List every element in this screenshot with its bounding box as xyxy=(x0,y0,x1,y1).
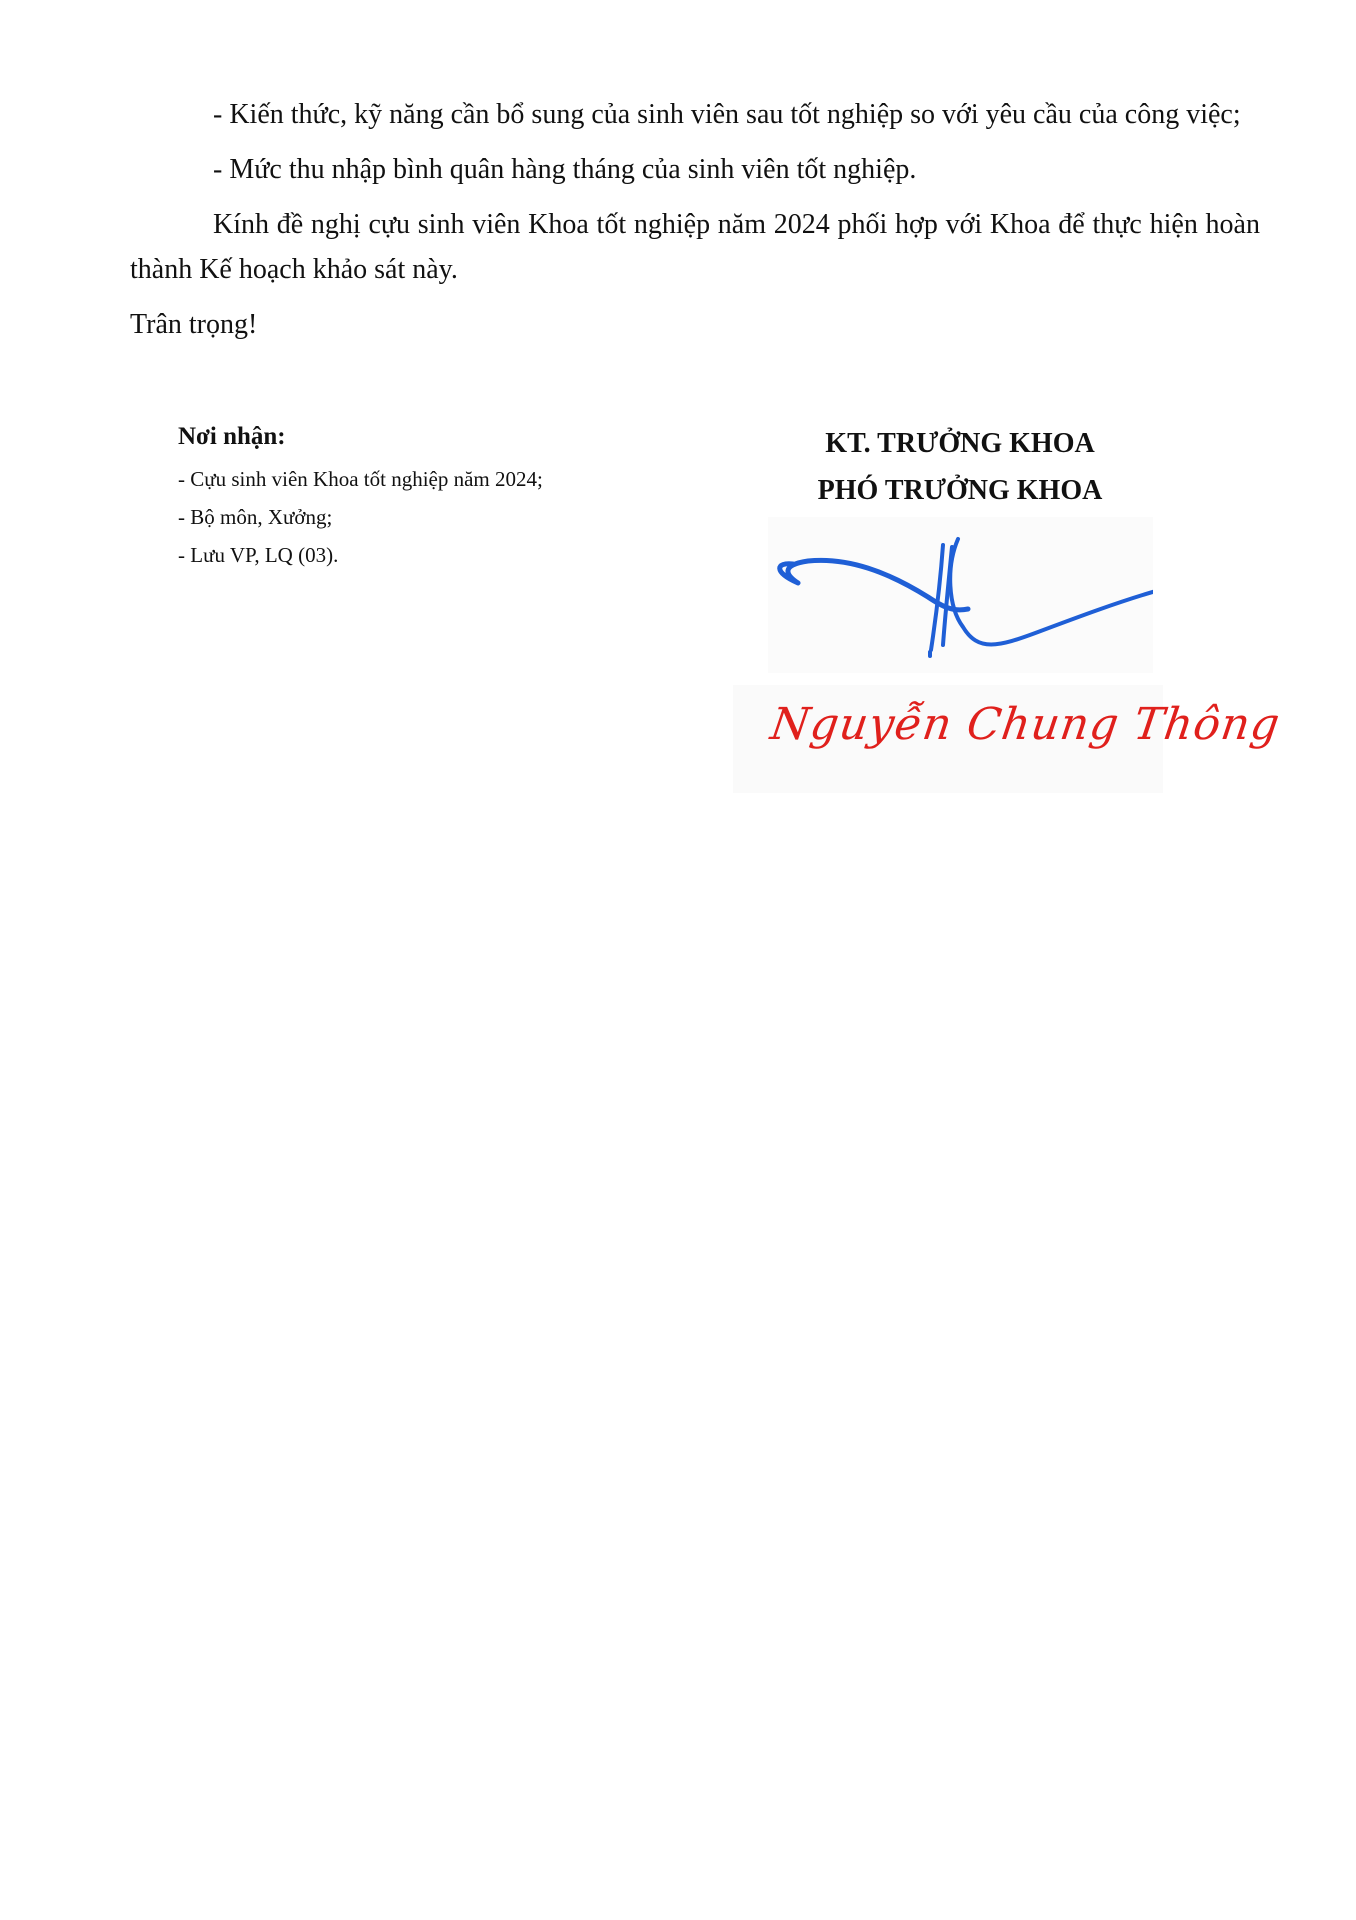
recipient-item: - Bộ môn, Xưởng; xyxy=(178,498,678,536)
signer-title-line1: KT. TRƯỞNG KHOA xyxy=(740,420,1180,467)
recipient-item: - Lưu VP, LQ (03). xyxy=(178,536,678,574)
recipients-heading: Nơi nhận: xyxy=(178,420,678,454)
signature-image xyxy=(768,517,1153,673)
signer-title-line2: PHÓ TRƯỞNG KHOA xyxy=(740,467,1180,514)
handwritten-signature-icon xyxy=(768,517,1153,673)
paragraph-income: - Mức thu nhập bình quân hàng tháng của … xyxy=(130,147,1260,192)
paragraph-skills: - Kiến thức, kỹ năng cần bổ sung của sin… xyxy=(130,92,1260,137)
letter-body: - Kiến thức, kỹ năng cần bổ sung của sin… xyxy=(130,92,1260,357)
signer-name-image: Nguyễn Chung Thông xyxy=(733,685,1163,793)
closing-salutation: Trân trọng! xyxy=(130,302,1260,347)
signer-block: KT. TRƯỞNG KHOA PHÓ TRƯỞNG KHOA xyxy=(740,420,1180,514)
paragraph-request: Kính đề nghị cựu sinh viên Khoa tốt nghi… xyxy=(130,202,1260,292)
recipients-list: - Cựu sinh viên Khoa tốt nghiệp năm 2024… xyxy=(178,460,678,574)
recipients-block: Nơi nhận: - Cựu sinh viên Khoa tốt nghiệ… xyxy=(178,420,678,574)
signer-name: Nguyễn Chung Thông xyxy=(767,699,1283,750)
recipient-item: - Cựu sinh viên Khoa tốt nghiệp năm 2024… xyxy=(178,460,678,498)
